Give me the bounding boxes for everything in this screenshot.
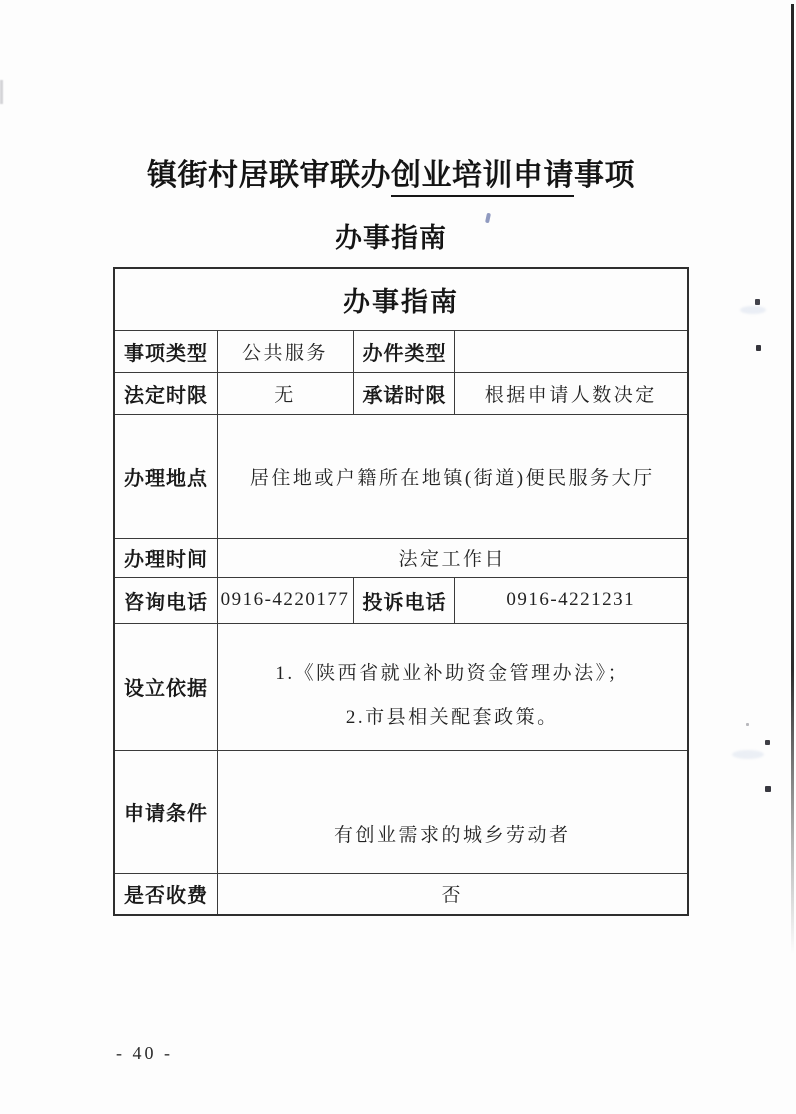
hours-value: 法定工作日 (217, 538, 688, 577)
guide-table: 办事指南 事项类型 公共服务 办件类型 法定时限 无 承诺时限 根据申请人数决定… (113, 267, 689, 916)
location-value: 居住地或户籍所在地镇(街道)便民服务大厅 (217, 414, 688, 538)
basis-value: 1.《陕西省就业补助资金管理办法》； 2.市县相关配套政策。 (217, 623, 688, 750)
conditions-label: 申请条件 (114, 750, 217, 873)
scan-speck (746, 723, 749, 726)
scan-edge-line (791, 4, 794, 954)
table-title: 办事指南 (114, 268, 688, 330)
basis-line-1: 1.《陕西省就业补助资金管理办法》； (218, 662, 688, 686)
scan-smudge (0, 80, 3, 104)
table-row-basis: 设立依据 1.《陕西省就业补助资金管理办法》； 2.市县相关配套政策。 (114, 623, 688, 750)
table-row-phones: 咨询电话 0916-4220177 投诉电话 0916-4221231 (114, 577, 688, 623)
document-title: 镇街村居联审联办创业培训申请事项 (0, 150, 782, 194)
title-suffix: 事项 (574, 159, 635, 192)
fee-value: 否 (217, 873, 688, 915)
hours-label: 办理时间 (114, 538, 217, 577)
page-number: - 40 - (116, 1043, 173, 1064)
title-underlined-segment: 创业培训申请 (391, 159, 574, 197)
complaint-phone-value: 0916-4221231 (454, 577, 688, 623)
table-row-hours: 办理时间 法定工作日 (114, 538, 688, 577)
table-row-location: 办理地点 居住地或户籍所在地镇(街道)便民服务大厅 (114, 414, 688, 538)
basis-line-2: 2.市县相关配套政策。 (218, 706, 688, 730)
complaint-phone-label: 投诉电话 (353, 577, 454, 623)
basis-label: 设立依据 (114, 623, 217, 750)
scan-speck (756, 345, 761, 351)
location-label: 办理地点 (114, 414, 217, 538)
table-row-conditions: 申请条件 有创业需求的城乡劳动者 (114, 750, 688, 873)
scan-speck (765, 786, 771, 792)
process-type-label: 办件类型 (353, 330, 454, 372)
table-row-header: 办事指南 (114, 268, 688, 330)
title-prefix: 镇街村居联审联办 (147, 159, 391, 192)
conditions-value: 有创业需求的城乡劳动者 (217, 750, 688, 873)
promised-limit-label: 承诺时限 (353, 372, 454, 414)
table-row-time-limit: 法定时限 无 承诺时限 根据申请人数决定 (114, 372, 688, 414)
process-type-value (454, 330, 688, 372)
legal-limit-value: 无 (217, 372, 353, 414)
table-row-item-type: 事项类型 公共服务 办件类型 (114, 330, 688, 372)
legal-limit-label: 法定时限 (114, 372, 217, 414)
item-type-value: 公共服务 (217, 330, 353, 372)
fee-label: 是否收费 (114, 873, 217, 915)
consult-phone-value: 0916-4220177 (217, 577, 353, 623)
scan-speck (765, 740, 770, 745)
promised-limit-value: 根据申请人数决定 (454, 372, 688, 414)
item-type-label: 事项类型 (114, 330, 217, 372)
document-page: 镇街村居联审联办创业培训申请事项 办事指南 办事指南 事项类型 公共服务 办件类… (0, 0, 796, 1114)
document-subtitle: 办事指南 (0, 216, 782, 255)
scan-smudge (740, 306, 766, 314)
scan-smudge (732, 750, 764, 759)
table-row-fee: 是否收费 否 (114, 873, 688, 915)
consult-phone-label: 咨询电话 (114, 577, 217, 623)
scan-speck (755, 299, 760, 305)
